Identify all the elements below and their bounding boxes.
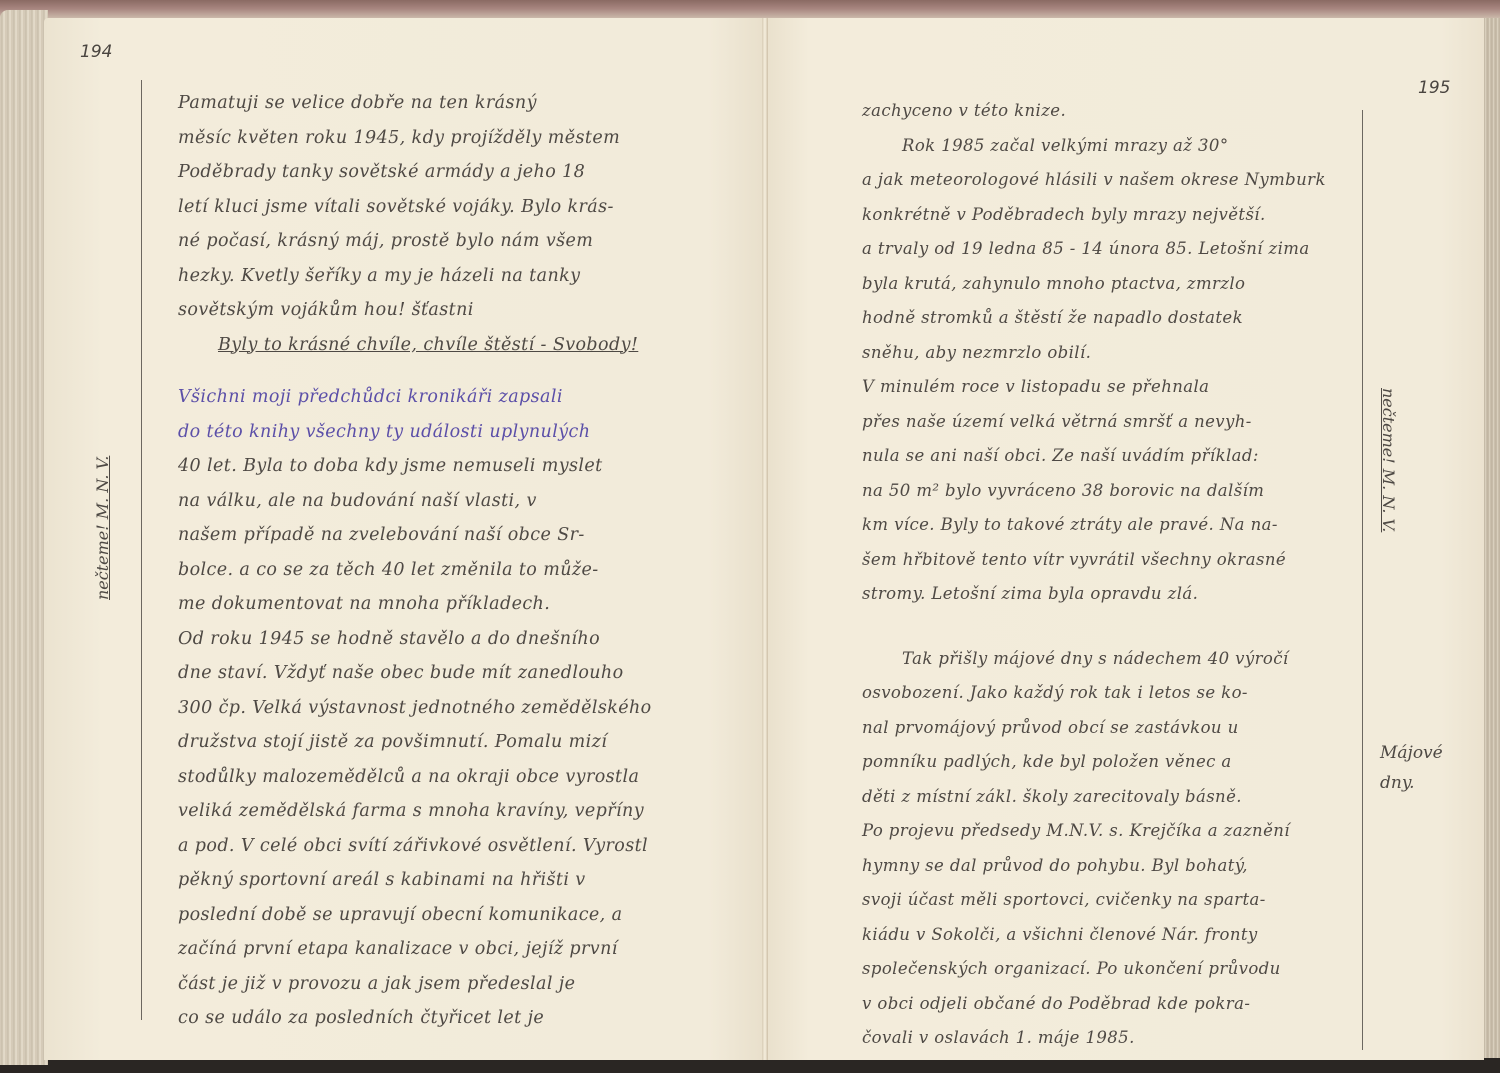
text-line: sovětským vojákům hou! šťastni — [178, 293, 652, 328]
left-margin-rule — [141, 80, 142, 1020]
text-line: v obci odjeli občané do Poděbrad kde pok… — [862, 987, 1326, 1022]
text-line: byla krutá, zahynulo mnoho ptactva, zmrz… — [862, 267, 1326, 302]
text-line: začíná první etapa kanalizace v obci, je… — [178, 932, 652, 967]
text-line: konkrétně v Poděbradech byly mrazy nejvě… — [862, 198, 1326, 233]
text-line: dne staví. Vždyť naše obec bude mít zane… — [178, 656, 652, 691]
text-line: přes naše území velká větrná smršť a nev… — [862, 405, 1326, 440]
text-line: sněhu, aby nezmrzlo obilí. — [862, 336, 1326, 371]
text-line: pěkný sportovní areál s kabinami na hřiš… — [178, 863, 652, 898]
majove-dny-margin-note: Májové dny. — [1380, 738, 1443, 798]
text-line: km více. Byly to takové ztráty ale pravé… — [862, 508, 1326, 543]
text-line: osvobození. Jako každý rok tak i letos s… — [862, 676, 1326, 711]
text-line: V minulém roce v listopadu se přehnala — [862, 370, 1326, 405]
text-line: družstva stojí jistě za povšimnutí. Poma… — [178, 725, 652, 760]
text-line: měsíc květen roku 1945, kdy projížděly m… — [178, 121, 652, 156]
text-line: na válku, ale na budování naší vlasti, v — [178, 484, 652, 519]
text-line: stodůlky malozemědělců a na okraji obce … — [178, 760, 652, 795]
text-line: kiádu v Sokolči, a všichni členové Nár. … — [862, 918, 1326, 953]
text-line-violet: Všichni moji předchůdci kronikáři zapsal… — [178, 380, 652, 415]
text-line: našem případě na zvelebování naší obce S… — [178, 518, 652, 553]
text-line: děti z místní zákl. školy zarecitovaly b… — [862, 780, 1326, 815]
text-line: Poděbrady tanky sovětské armády a jeho 1… — [178, 155, 652, 190]
text-line: pomníku padlých, kde byl položen věnec a — [862, 745, 1326, 780]
text-line: zachyceno v této knize. — [862, 94, 1326, 129]
underlined-heading: Byly to krásné chvíle, chvíle štěstí - S… — [178, 328, 652, 363]
text-line: a pod. V celé obci svítí zářivkové osvět… — [178, 829, 652, 864]
text-line: šem hřbitově tento vítr vyvrátil všechny… — [862, 543, 1326, 578]
text-line: 40 let. Byla to doba kdy jsme nemuseli m… — [178, 449, 652, 484]
text-line: Pamatuji se velice dobře na ten krásný — [178, 86, 652, 121]
text-line: a trvaly od 19 ledna 85 - 14 února 85. L… — [862, 232, 1326, 267]
text-line: čovali v oslavách 1. máje 1985. — [862, 1021, 1326, 1056]
text-line: veliká zemědělská farma s mnoha kravíny,… — [178, 794, 652, 829]
right-margin-rule — [1362, 110, 1363, 1050]
text-line: stromy. Letošní zima byla opravdu zlá. — [862, 577, 1326, 612]
text-line: Od roku 1945 se hodně stavělo a do dnešn… — [178, 622, 652, 657]
right-margin-note: nečteme! M. N. V. — [1379, 388, 1398, 618]
text-line: nula se ani naší obci. Ze naší uvádím př… — [862, 439, 1326, 474]
book-gutter — [762, 18, 768, 1060]
right-page-stack-edges — [1482, 18, 1500, 1058]
text-line: hymny se dal průvod do pohybu. Byl bohat… — [862, 849, 1326, 884]
text-line: 300 čp. Velká výstavnost jednotného země… — [178, 691, 652, 726]
text-line: na 50 m² bylo vyvráceno 38 borovic na da… — [862, 474, 1326, 509]
text-line: letí kluci jsme vítali sovětské vojáky. … — [178, 190, 652, 225]
text-line: Tak přišly májové dny s nádechem 40 výro… — [862, 642, 1326, 677]
text-line: Po projevu předsedy M.N.V. s. Krejčíka a… — [862, 814, 1326, 849]
text-line: společenských organizací. Po ukončení pr… — [862, 952, 1326, 987]
page-number-left: 194 — [80, 42, 112, 62]
text-line-violet: do této knihy všechny ty události uplynu… — [178, 415, 652, 450]
page-number-right: 195 — [1418, 78, 1450, 98]
text-line: né počasí, krásný máj, prostě bylo nám v… — [178, 224, 652, 259]
open-book-spread: 194 nečteme! M. N. V. Pamatuji se velice… — [0, 0, 1500, 1073]
left-margin-note: nečteme! M. N. V. — [93, 400, 112, 600]
text-line: co se událo za posledních čtyřicet let j… — [178, 1001, 652, 1036]
text-line: hodně stromků a štěstí že napadlo dostat… — [862, 301, 1326, 336]
text-line: Rok 1985 začal velkými mrazy až 30° — [862, 129, 1326, 164]
text-line: poslední době se upravují obecní komunik… — [178, 898, 652, 933]
left-page-stack-edges — [0, 10, 48, 1065]
text-line: a jak meteorologové hlásili v našem okre… — [862, 163, 1326, 198]
text-line: část je již v provozu a jak jsem předesl… — [178, 967, 652, 1002]
text-line: nal prvomájový průvod obcí se zastávkou … — [862, 711, 1326, 746]
text-line: bolce. a co se za těch 40 let změnila to… — [178, 553, 652, 588]
left-page-text: Pamatuji se velice dobře na ten krásný m… — [178, 86, 652, 1036]
right-page-text: zachyceno v této knize. Rok 1985 začal v… — [862, 94, 1326, 1056]
text-line: svoji účast měli sportovci, cvičenky na … — [862, 883, 1326, 918]
text-line: me dokumentovat na mnoha příkladech. — [178, 587, 652, 622]
text-line: hezky. Kvetly šeříky a my je házeli na t… — [178, 259, 652, 294]
